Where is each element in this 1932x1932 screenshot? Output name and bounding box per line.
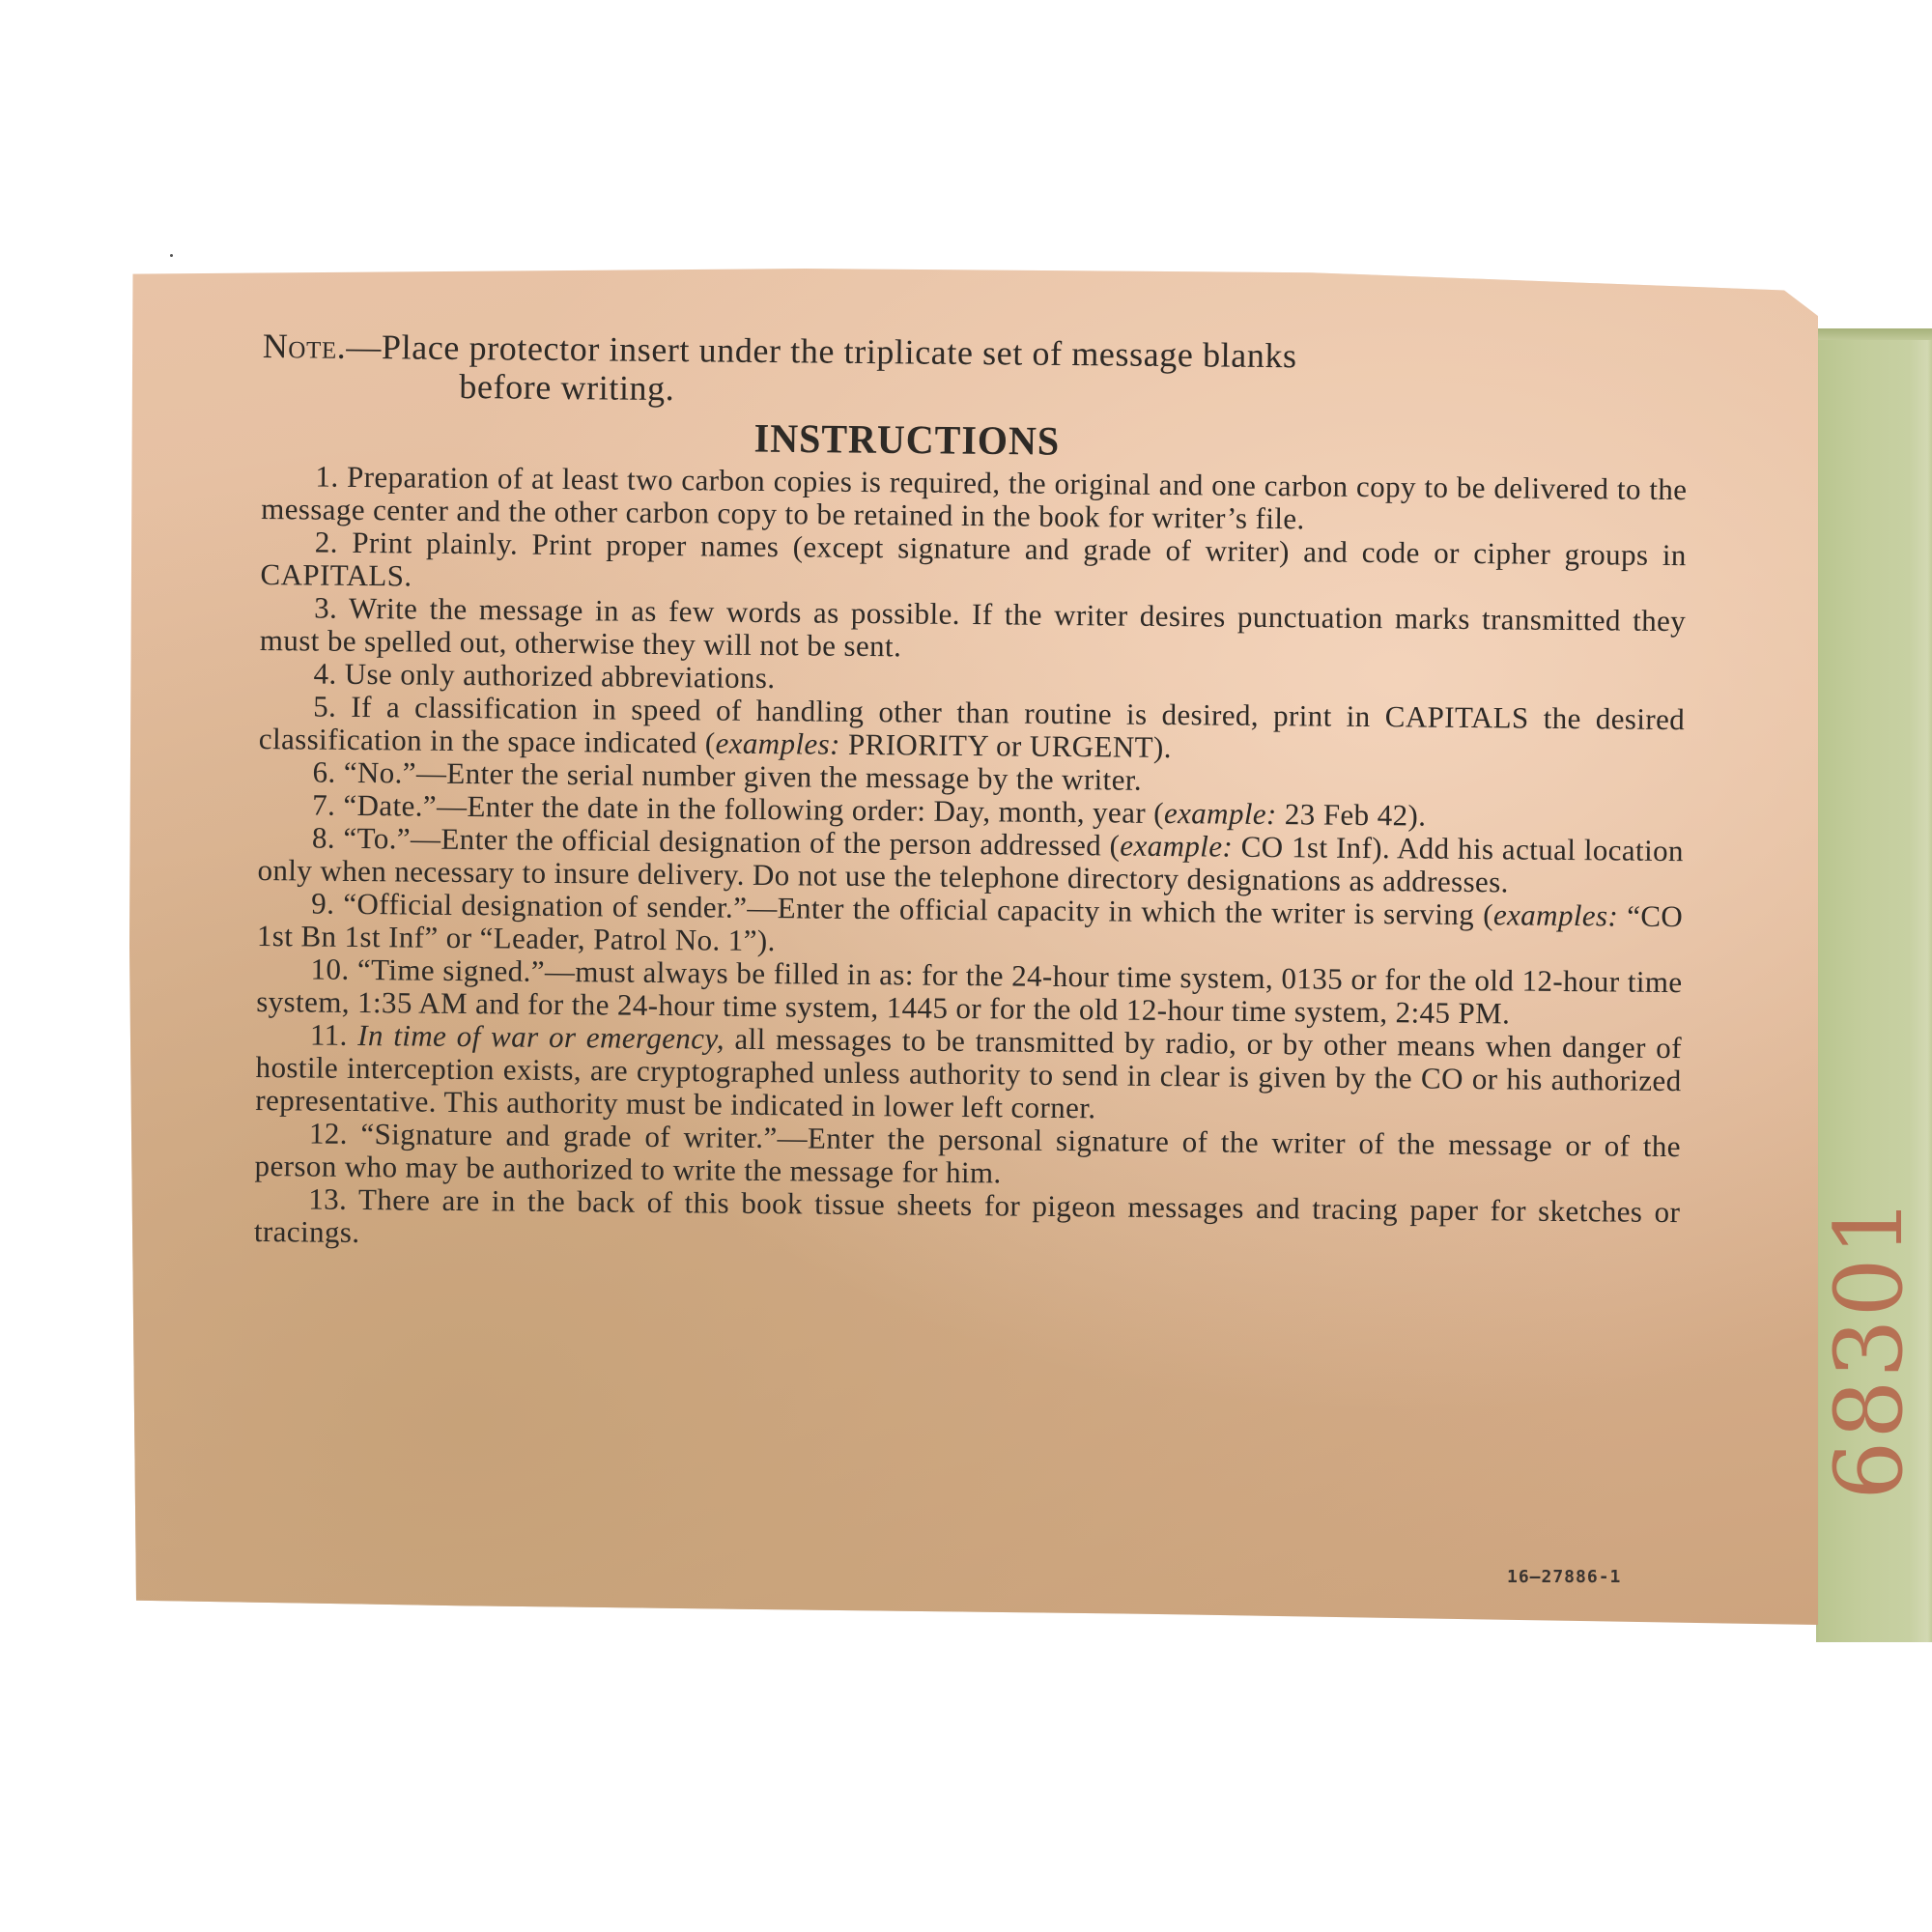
item-text: Write the message in as few words as pos… [260,591,1687,663]
item-number: 9. [311,887,334,921]
serial-number: 68301 [1815,1195,1923,1499]
item-italic: example: [1120,829,1233,864]
item-text: Print plainly. Print proper names (excep… [260,526,1687,593]
item-number: 11. [310,1018,348,1052]
item-number: 5. [313,690,336,724]
note-continuation: before writing. [262,365,1688,417]
page-text: Note.—Place protector insert under the t… [254,327,1689,1262]
item-text-after: 23 Feb 42). [1277,797,1427,832]
item-number: 3. [314,591,337,625]
dust-speck [170,254,173,257]
item-text: There are in the back of this book tissu… [254,1182,1681,1249]
item-italic: examples: [1493,897,1619,932]
item-number: 1. [315,460,338,494]
item-text: “Signature and grade of writer.”—Enter t… [254,1117,1681,1189]
item-number: 4. [313,657,336,691]
item-italic: examples: [715,726,840,761]
item-number: 6. [312,755,335,789]
item-italic: example: [1164,796,1277,831]
photo-scene: 68301 Note.—Place protector insert under… [0,0,1932,1932]
item-italic: In time of war or emergency, [357,1018,724,1056]
item-number: 2. [315,526,338,559]
instruction-item-13: 13. There are in the back of this book t… [254,1182,1681,1262]
item-number: 8. [312,821,335,855]
item-number: 7. [312,788,335,822]
note-label: Note. [263,327,347,366]
item-number: 12. [309,1116,348,1150]
item-number: 10. [310,952,349,986]
item-text: Use only authorized abbreviations. [345,657,776,695]
item-text-after: PRIORITY or URGENT). [840,727,1172,764]
item-number: 13. [308,1181,347,1215]
form-code: 16—27886-1 [1507,1567,1621,1587]
note: Note.—Place protector insert under the t… [262,327,1689,417]
item-text: Preparation of at least two carbon copie… [261,460,1688,536]
instruction-item-11: 11. In time of war or emergency, all mes… [255,1018,1682,1130]
